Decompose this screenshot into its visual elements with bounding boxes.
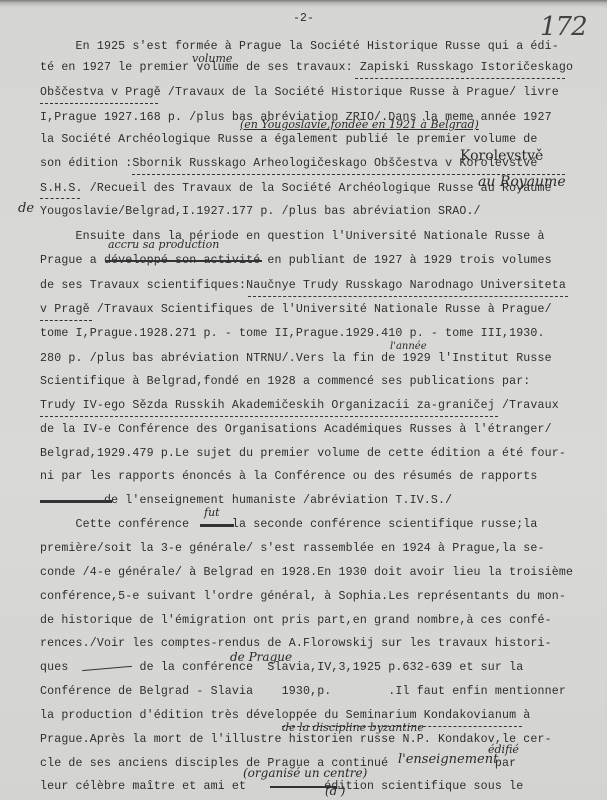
text-line: Conférence de Belgrad - Slavia 1930,p. .… bbox=[40, 685, 566, 698]
handwritten-note: de Prague bbox=[230, 650, 292, 664]
text-line: S.H.S. /Recueil des Travaux de la Sociét… bbox=[40, 182, 552, 195]
text-line: de la IV-e Conférence des Organisations … bbox=[40, 423, 552, 436]
text-line: Belgrad,1929.479 p.Le sujet du premier v… bbox=[40, 447, 566, 460]
handwritten-note: fut bbox=[204, 506, 220, 519]
text-line: la Société Archéologique Russe a égaleme… bbox=[40, 133, 538, 146]
handwritten-note: (d') bbox=[325, 784, 345, 798]
text-line: Trudy IV-ego Sězda Russkih Akademičeskih… bbox=[40, 399, 559, 412]
title-underline bbox=[40, 320, 92, 321]
handwritten-note: l'année bbox=[390, 341, 427, 352]
text-line: En 1925 s'est formée à Prague la Société… bbox=[40, 40, 559, 53]
document-page: -2- 172 En 1925 s'est formée à Prague la… bbox=[0, 0, 607, 800]
handwritten-note: au Royaume bbox=[478, 174, 566, 190]
text-line: Cette conférence la seconde conférence s… bbox=[40, 518, 538, 531]
text-line: Prague.Après la mort de l'illustre histo… bbox=[40, 733, 552, 746]
strikeout-mark bbox=[106, 260, 262, 262]
handwritten-note: accru sa production bbox=[108, 238, 219, 251]
text-line: tome I,Prague.1928.271 p. - tome II,Prag… bbox=[40, 327, 545, 340]
handwritten-note: (organisé un centre) bbox=[243, 766, 367, 780]
handwritten-note: Korolevstvě bbox=[460, 148, 543, 164]
text-line: Yougoslavie/Belgrad,I.1927.177 p. /plus … bbox=[40, 205, 481, 218]
title-underline bbox=[40, 198, 80, 199]
handwritten-note: (en Yougoslavie,fondée en 1921 à Belgrad… bbox=[240, 118, 479, 131]
title-underline bbox=[355, 78, 565, 79]
page-number: -2- bbox=[0, 12, 607, 25]
text-line: 280 p. /plus bas abréviation NTRNU/.Vers… bbox=[40, 352, 552, 365]
handwritten-note: volume bbox=[192, 52, 232, 65]
text-line: v Pragě /Travaux Scientifiques de l'Univ… bbox=[40, 303, 552, 316]
title-underline bbox=[40, 416, 498, 417]
handwritten-note: de bbox=[18, 201, 34, 216]
text-line: rences./Voir les comptes-rendus de A.Flo… bbox=[40, 637, 552, 650]
text-line: té en 1927 le premier volume de ses trav… bbox=[40, 61, 573, 74]
text-line: Scientifique à Belgrad,fondé en 1928 a c… bbox=[40, 375, 530, 388]
handwritten-note: l'enseignement bbox=[398, 752, 498, 767]
text-line: Obščestva v Pragě /Travaux de la Société… bbox=[40, 86, 559, 99]
text-line: ni par les rapports énoncés à la Confére… bbox=[40, 470, 538, 483]
folio-number: 172 bbox=[540, 12, 587, 42]
text-line: de historique de l'émigration ont pris p… bbox=[40, 614, 552, 627]
title-underline bbox=[248, 296, 568, 297]
text-line: conde /4-e générale/ à Belgrad en 1928.E… bbox=[40, 566, 573, 579]
strikeout-mark bbox=[40, 500, 112, 503]
title-underline bbox=[40, 103, 158, 104]
text-line: première/soit la 3-e générale/ s'est ras… bbox=[40, 542, 545, 555]
text-line: conférence,5-e suivant l'ordre général, … bbox=[40, 590, 566, 603]
handwritten-note: de la discipline byzantine bbox=[282, 721, 424, 734]
text-line: de ses Travaux scientifiques:Naučnye Tru… bbox=[40, 279, 566, 292]
strikeout-mark bbox=[200, 524, 234, 527]
